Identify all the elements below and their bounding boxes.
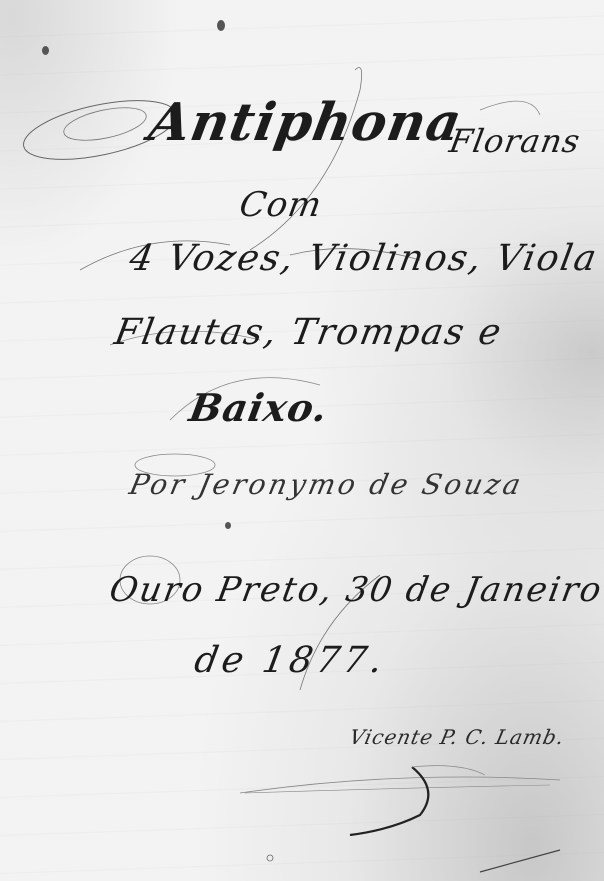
title-text: Antiphona <box>145 92 467 153</box>
copyist-signature: Vicente P. C. Lamb. <box>347 725 566 749</box>
composer-line: Por Jeronymo de Souza <box>126 468 526 501</box>
instrumentation-line-2: Flautas, Trompas e <box>111 312 505 353</box>
place-date-line: Ouro Preto, 30 de Janeiro <box>106 570 604 610</box>
instrumentation-line-1: 4 Vozes, Violinos, Viola <box>126 238 601 279</box>
title-subtitle-text: Florans <box>447 122 584 160</box>
manuscript-page: Antiphona Florans Com 4 Vozes, Violinos,… <box>0 0 604 881</box>
year-line: de 1877. <box>191 640 389 681</box>
ink-speck <box>217 20 225 31</box>
ink-speck <box>225 522 231 529</box>
with-text: Com <box>236 185 325 225</box>
instrumentation-line-3: Baixo. <box>186 385 332 430</box>
ink-speck <box>42 46 49 55</box>
